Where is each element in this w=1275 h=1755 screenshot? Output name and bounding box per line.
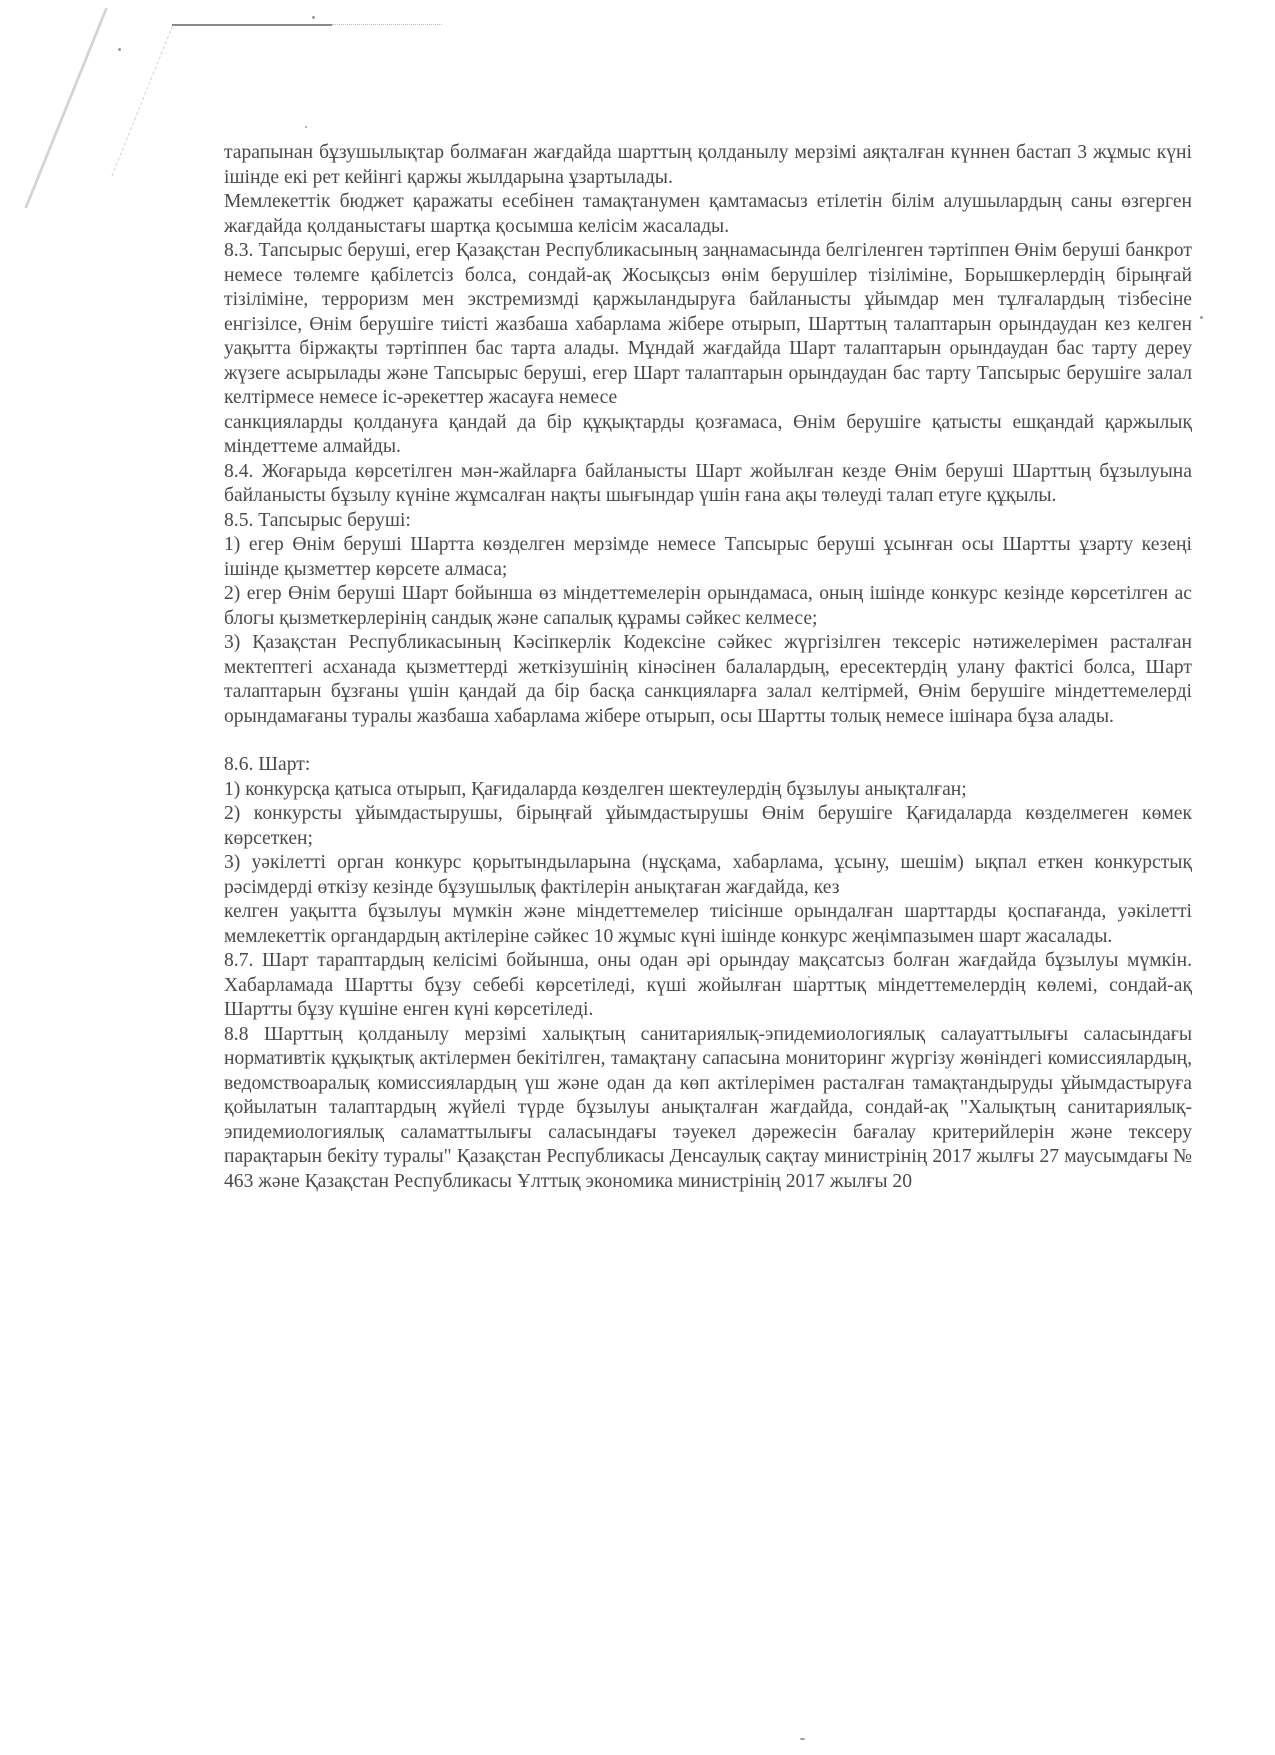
scan-page-edge	[24, 8, 148, 208]
clause-8-5-heading: 8.5. Тапсырыс беруші:	[224, 509, 1192, 534]
clause-8-6-continued: келген уақытта бұзылуы мүмкін және мінде…	[224, 900, 1192, 949]
clause-8-3-continued: санкцияларды қолдануға қандай да бір құқ…	[224, 411, 1192, 460]
scan-speck	[118, 48, 121, 51]
paragraph-additional-agreement: Мемлекеттік бюджет қаражаты есебінен там…	[224, 190, 1192, 239]
clause-8-3: 8.3. Тапсырыс беруші, егер Қазақстан Рес…	[224, 239, 1192, 411]
scan-speck	[1200, 316, 1203, 319]
clause-8-6-item-2: 2) конкурсты ұйымдастырушы, бірыңғай ұйы…	[224, 802, 1192, 851]
clause-8-8: 8.8 Шарттың қолданылу мерзімі халықтың с…	[224, 1023, 1192, 1195]
scan-top-rule	[172, 24, 332, 26]
clause-8-5-item-2: 2) егер Өнім беруші Шарт бойынша өз мінд…	[224, 582, 1192, 631]
paragraph-extension-term: тарапынан бұзушылықтар болмаған жағдайда…	[224, 141, 1192, 190]
clause-8-6-item-1: 1) конкурсқа қатыса отырып, Қағидаларда …	[224, 778, 1192, 803]
scan-speck	[305, 126, 307, 128]
scan-speck	[800, 1738, 805, 1740]
clause-8-6-heading: 8.6. Шарт:	[224, 753, 1192, 778]
clause-8-6-item-3: 3) уәкілетті орган конкурс қорытындылары…	[224, 851, 1192, 900]
clause-8-7: 8.7. Шарт тараптардың келісімі бойынша, …	[224, 949, 1192, 1023]
clause-8-5-item-3: 3) Қазақстан Республикасының Кәсіпкерлік…	[224, 631, 1192, 729]
scan-speck	[312, 16, 315, 19]
paragraph-spacer	[224, 729, 1192, 753]
document-page: тарапынан бұзушылықтар болмаған жағдайда…	[224, 141, 1192, 1194]
clause-8-5-item-1: 1) егер Өнім беруші Шартта көзделген мер…	[224, 533, 1192, 582]
clause-8-4: 8.4. Жоғарыда көрсетілген мән-жайларға б…	[224, 460, 1192, 509]
scan-top-rule-faint	[332, 24, 442, 26]
